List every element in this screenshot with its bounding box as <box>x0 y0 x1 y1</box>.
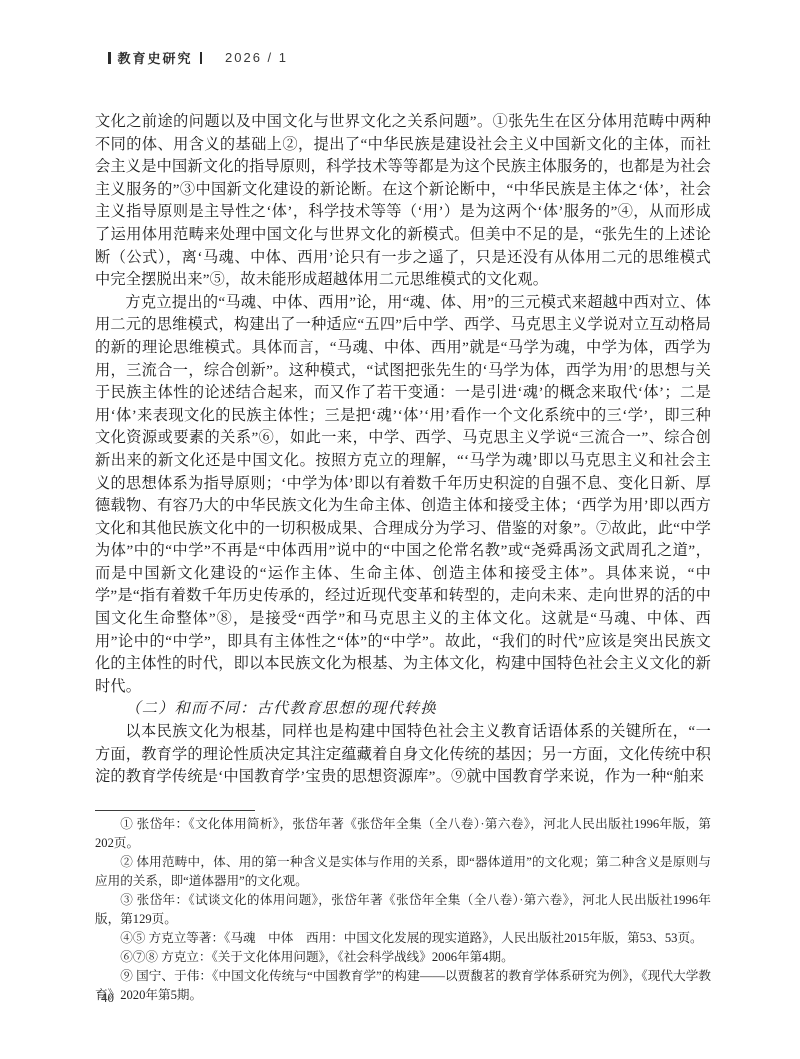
footnote-divider <box>95 810 255 811</box>
body-paragraph: 以本民族文化为根基，同样也是构建中国特色社会主义教育话语体系的关键所在，“一方面… <box>95 721 711 789</box>
journal-title: 教育史研究 <box>118 48 193 67</box>
footnote: ⑥⑦⑧ 方克立：《关于文化体用问题》，《社会科学战线》2006年第4期。 <box>95 948 711 967</box>
body-paragraph: 方克立提出的“马魂、中体、西用”论，用“魂、体、用”的三元模式来超越中西对立、体… <box>95 292 711 699</box>
journal-header: 教育史研究 2026 / 1 <box>101 48 288 67</box>
footnote: ⑨ 国宁、于伟：《中国文化传统与“中国教育学”的构建——以贾馥茗的教育学体系研究… <box>95 967 711 1005</box>
body-paragraph: 文化之前途的问题以及中国文化与世界文化之关系问题”。①张先生在区分体用范畴中两种… <box>95 111 711 292</box>
document-page: 教育史研究 2026 / 1 文化之前途的问题以及中国文化与世界文化之关系问题”… <box>0 0 800 1059</box>
footnote: ④⑤ 方克立等著：《马魂 中体 西用：中国文化发展的现实道路》，人民出版社201… <box>95 929 711 948</box>
header-bar-icon <box>108 52 111 64</box>
footnotes-section: ① 张岱年：《文化体用简析》，张岱年著《张岱年全集（全八卷）·第六卷》，河北人民… <box>95 815 711 1005</box>
footnote: ③ 张岱年：《试谈文化的体用问题》，张岱年著《张岱年全集（全八卷）·第六卷》，河… <box>95 891 711 929</box>
page-number: 40 <box>101 990 114 1006</box>
journal-issue: 2026 / 1 <box>225 50 288 65</box>
footnote: ① 张岱年：《文化体用简析》，张岱年著《张岱年全集（全八卷）·第六卷》，河北人民… <box>95 815 711 853</box>
footnote: ② 体用范畴中，体、用的第一种含义是实体与作用的关系，即“器体道用”的文化观；第… <box>95 853 711 891</box>
section-subheading: （二）和而不同：古代教育思想的现代转换 <box>95 698 711 721</box>
header-bar-icon <box>200 52 203 64</box>
article-body: 文化之前途的问题以及中国文化与世界文化之关系问题”。①张先生在区分体用范畴中两种… <box>95 111 711 789</box>
